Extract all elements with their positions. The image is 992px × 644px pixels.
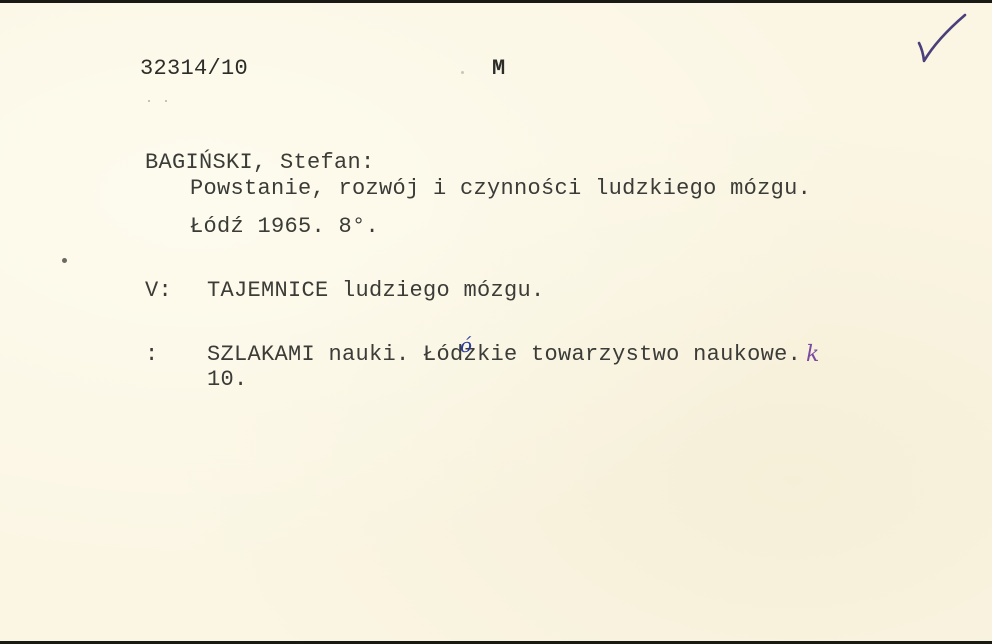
handwritten-correction-o: ó [460,333,472,357]
series-number: 10. [207,367,248,393]
author-heading: BAGIŃSKI, Stefan: [145,150,375,176]
location-mark: M [492,56,506,82]
paper-speck [165,100,167,102]
series-title: SZLAKAMI nauki. Łódzkie towarzystwo nauk… [207,342,801,368]
paper-speck [461,71,464,74]
paper-speck [148,100,150,102]
catalog-card: 32314/10 M BAGIŃSKI, Stefan: Powstanie, … [0,3,992,641]
handwritten-correction-k: k [806,342,819,367]
call-number: 32314/10 [140,56,248,82]
paper-speck [62,258,67,263]
series-label: : [145,342,159,368]
book-title: Powstanie, rozwój i czynności ludzkiego … [190,176,811,202]
checkmark-icon [915,11,971,67]
variant-title: TAJEMNICE ludziego mózgu. [207,278,545,304]
imprint: Łódź 1965. 8°. [190,214,379,240]
variant-title-label: V: [145,278,172,304]
